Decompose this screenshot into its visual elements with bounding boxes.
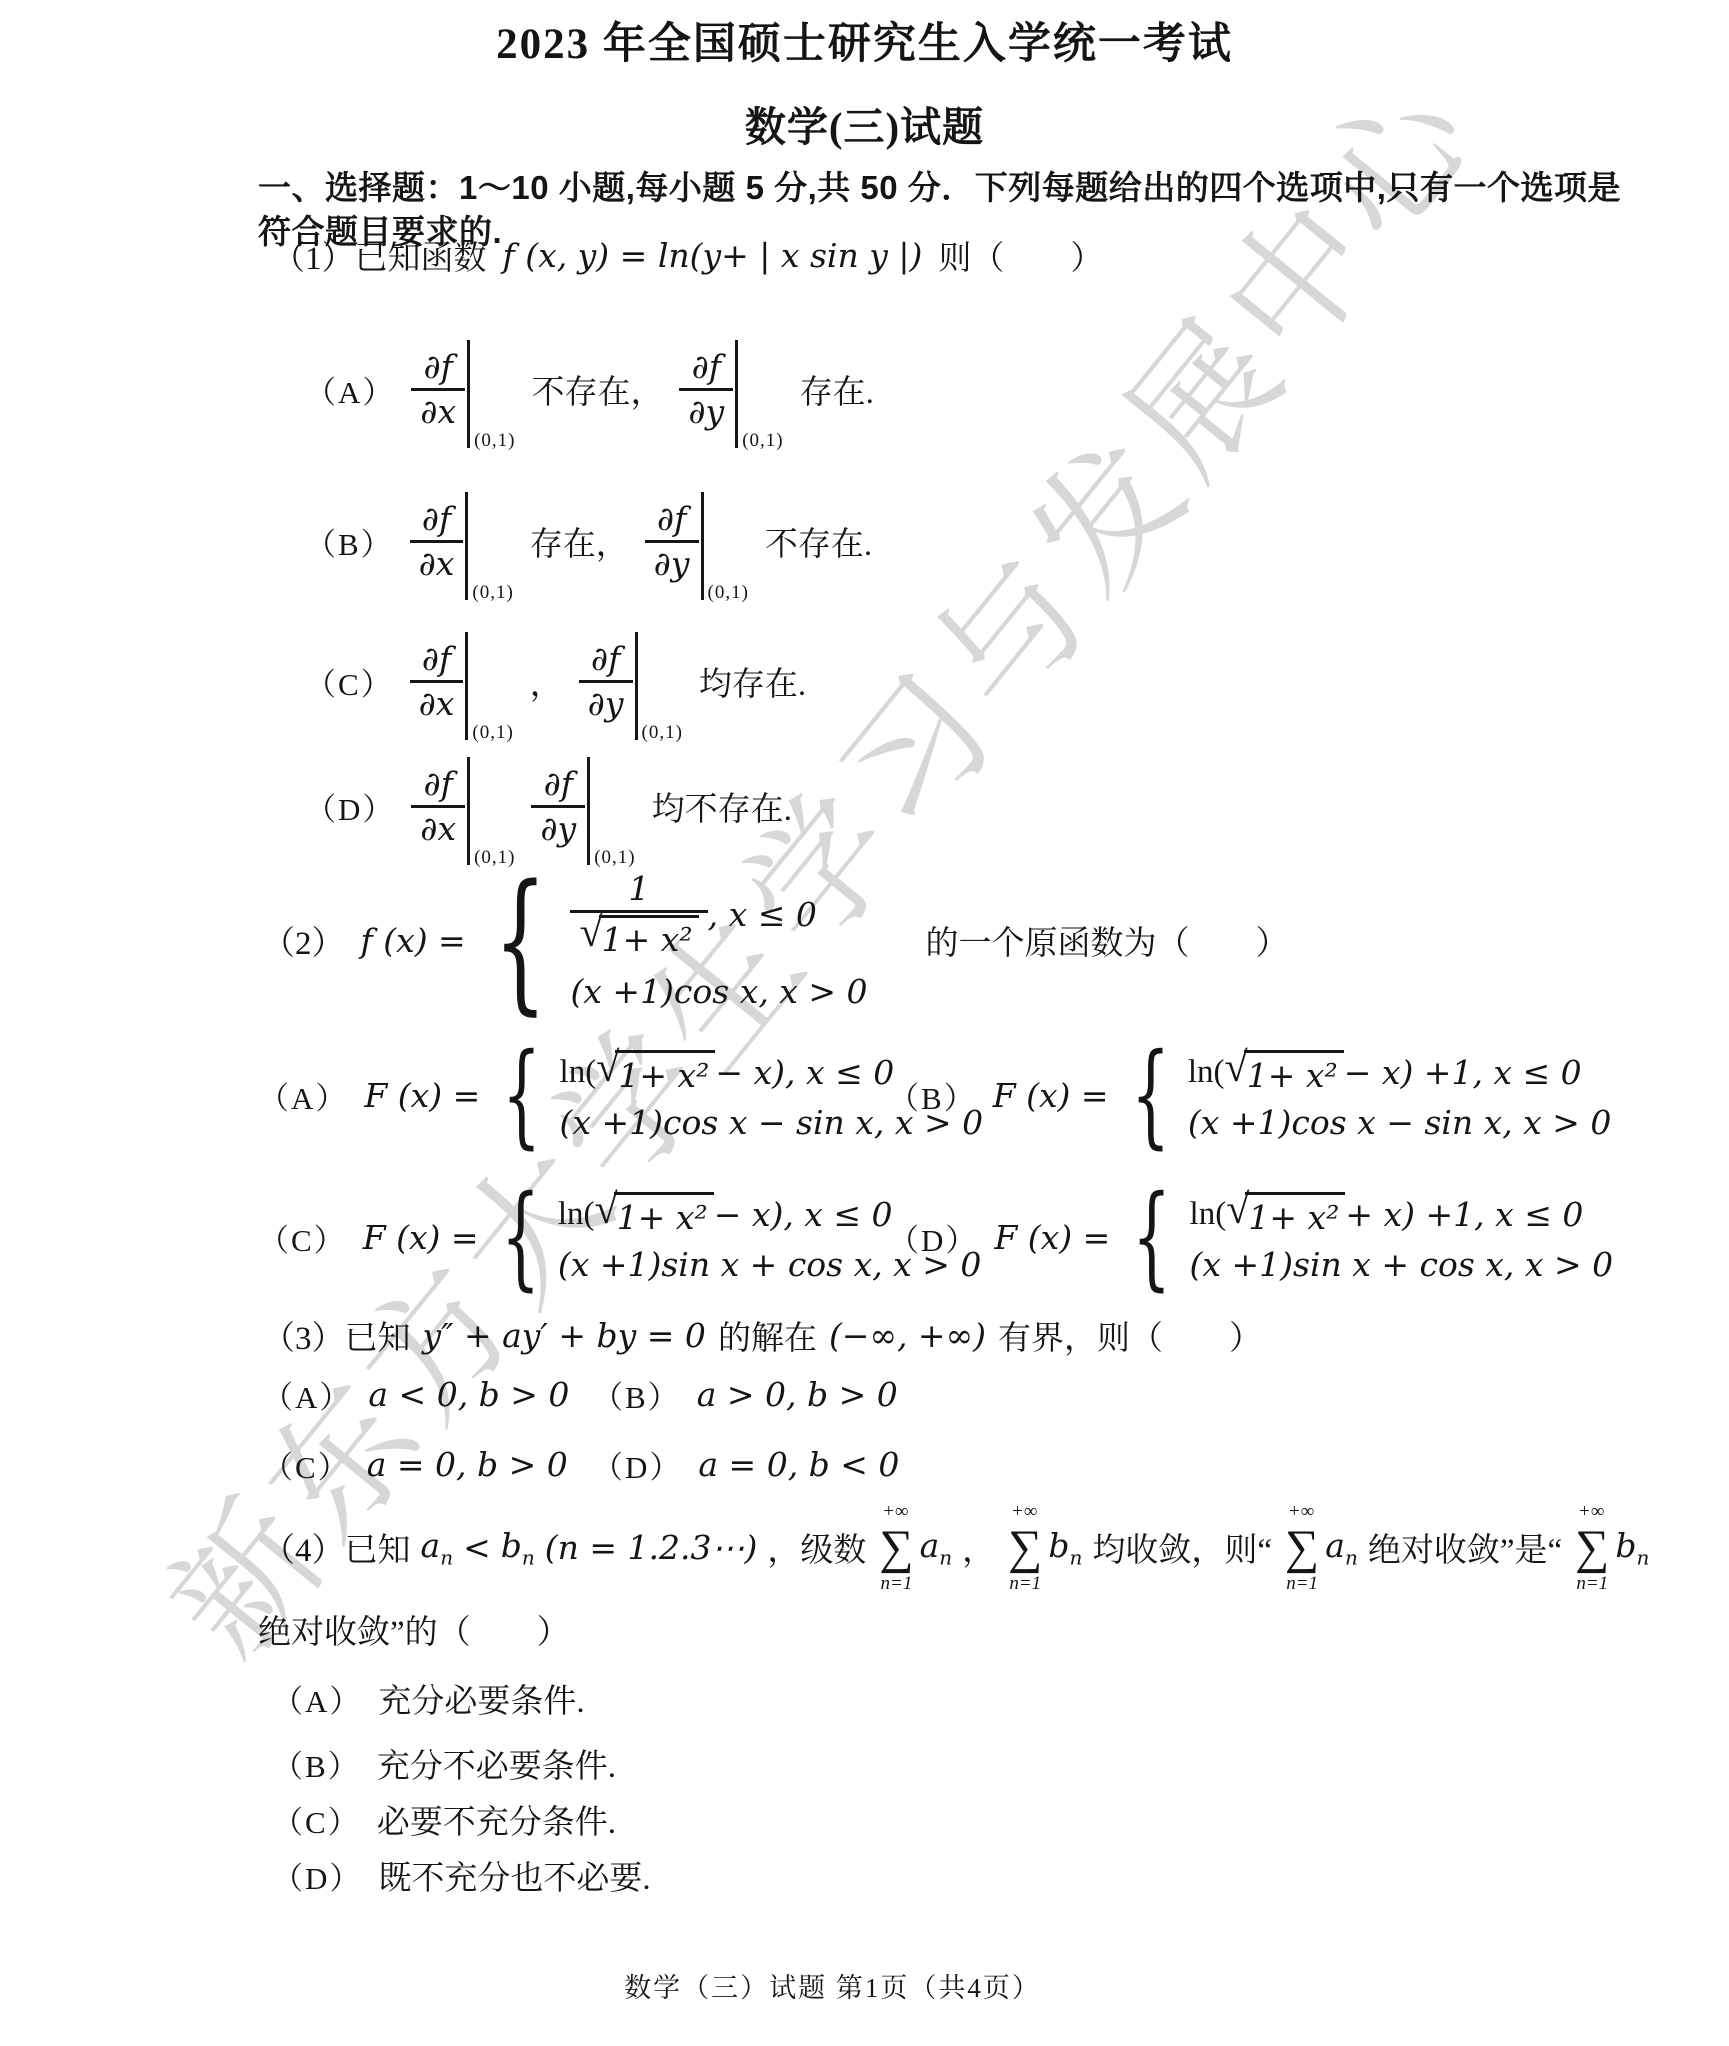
question-2-stem: （2） f (x) = { 1 √1+ x² , x ≤ 0 (x +1)cos… [262,870,1289,1011]
option-label: （D） [272,1853,362,1898]
evaluation-point: (0,1) [472,722,513,744]
q2-question-text: 的一个原函数为（ ） [926,917,1289,964]
evaluation-bar [465,632,468,740]
series-sum-a: +∞∑n=1 an [876,1502,952,1593]
option-label: （D） [592,1442,682,1487]
evaluation-point: (0,1) [742,430,783,452]
square-root: √1+ x² [579,915,698,960]
piecewise-cases: 1 √1+ x² , x ≤ 0 (x +1)cos x, x > 0 [570,870,867,1011]
partial-derivative-x: ∂f∂x (0,1) [410,640,514,724]
option-label: （A） [272,1676,362,1721]
option-text: ， [530,658,563,705]
evaluation-bar [467,340,470,448]
q1-number: （1）已知函数 [272,232,487,279]
q2-number: （2） [262,917,345,964]
option-label: （B） [888,1073,977,1118]
square-root: √1+ x² [1225,1050,1344,1095]
q1-blank: 则（ ） [938,232,1103,279]
evaluation-point: (0,1) [642,722,683,744]
q3-option-d: （D） a = 0, b < 0 [592,1442,899,1487]
q4-option-d: （D） 既不充分也不必要. [272,1852,651,1899]
partial-derivative-x: ∂f∂x (0,1) [411,348,515,432]
evaluation-bar [467,757,470,865]
piecewise-cases: ln( √1+ x² − x) +1, x ≤ 0 (x +1)cos x − … [1188,1050,1612,1142]
option-text: a > 0, b > 0 [697,1375,898,1414]
question-4-stem: （4）已知 an < bn (n = 1.2.3⋯) ，级数 +∞∑n=1 an… [262,1502,1649,1593]
question-1-stem: （1）已知函数 f (x, y) = ln(y+ | x sin y |) 则（… [272,232,1103,279]
piecewise-brace: { [1131,1048,1170,1143]
option-label: （C） [258,1215,347,1260]
q4-option-c: （C） 必要不充分条件. [272,1796,616,1843]
option-text: 均存在. [699,658,806,705]
partial-derivative-x: ∂f∂x (0,1) [411,765,515,849]
piecewise-brace: { [1132,1190,1171,1285]
option-label: （A） [258,1073,348,1118]
option-label: （B） [272,1741,361,1786]
option-text: 充分必要条件. [378,1675,584,1722]
option-label: （B） [592,1372,681,1417]
q2-option-d: （D） F (x) = { ln( √1+ x² + x) +1, x ≤ 0 … [888,1190,1613,1285]
exam-page: 新东方大学生学习与发展中心 2023 年全国硕士研究生入学统一考试 数学(三)试… [0,0,1729,2046]
option-label: （D） [888,1215,978,1260]
option-label: （C） [305,659,394,704]
q1-option-b: （B） ∂f∂x (0,1) 存在， ∂f∂y (0,1) 不存在. [305,500,872,584]
q2-option-b: （B） F (x) = { ln( √1+ x² − x) +1, x ≤ 0 … [888,1048,1611,1143]
option-text: 存在. [800,366,874,413]
evaluation-bar [701,492,704,600]
q1-option-d: （D） ∂f∂x (0,1) ∂f∂y (0,1) 均不存在. [305,765,792,849]
series-sum-a: +∞∑n=1 an [1282,1502,1358,1593]
option-label: （C） [262,1442,351,1487]
q1-formula: f (x, y) = ln(y+ | x sin y |) [503,236,923,275]
q2-option-c: （C） F (x) = { ln( √1+ x² − x), x ≤ 0 (x … [258,1190,981,1285]
piecewise-brace: { [493,876,546,1005]
option-text: 必要不充分条件. [377,1796,616,1843]
evaluation-point: (0,1) [594,847,635,869]
partial-derivative-y: ∂f∂y (0,1) [679,348,783,432]
question-3-stem: （3）已知 y″ + ay′ + by = 0 的解在 (−∞, +∞) 有界，… [262,1312,1262,1359]
evaluation-point: (0,1) [474,430,515,452]
option-label: （A） [262,1372,352,1417]
partial-derivative-y: ∂f∂y (0,1) [645,500,749,584]
term-b-n: bn [501,1526,535,1570]
q4-option-a: （A） 充分必要条件. [272,1675,585,1722]
evaluation-bar [735,340,738,448]
option-text: 既不充分也不必要. [378,1852,650,1899]
piecewise-brace: { [501,1190,540,1285]
q1-option-c: （C） ∂f∂x (0,1) ， ∂f∂y (0,1) 均存在. [305,640,806,724]
series-sum-b: +∞∑n=1 bn [1005,1502,1082,1593]
q3-option-a: （A） a < 0, b > 0 [262,1372,569,1417]
exam-title-line1: 2023 年全国硕士研究生入学统一考试 [0,10,1729,71]
square-root: √1+ x² [1226,1192,1345,1237]
evaluation-bar [635,632,638,740]
q4-option-b: （B） 充分不必要条件. [272,1740,616,1787]
option-label: （B） [305,519,394,564]
evaluation-bar [465,492,468,600]
section-heading-line1: 一、选择题：1～10 小题,每小题 5 分,共 50 分．下列每题给出的四个选项… [258,162,1621,209]
option-text: 不存在， [531,366,663,413]
q3-interval: (−∞, +∞) [829,1316,986,1355]
term-a-n: an [421,1526,454,1570]
option-text: 不存在. [765,518,872,565]
option-text: a < 0, b > 0 [368,1375,569,1414]
piecewise-brace: { [502,1048,541,1143]
evaluation-point: (0,1) [708,582,749,604]
q1-option-a: （A） ∂f∂x (0,1) 不存在， ∂f∂y (0,1) 存在. [305,348,874,432]
q4-number: （4）已知 [262,1524,411,1571]
q2-option-a: （A） F (x) = { ln( √1+ x² − x), x ≤ 0 (x … [258,1048,983,1143]
option-text: 均不存在. [652,783,792,830]
partial-derivative-y: ∂f∂y (0,1) [579,640,683,724]
piecewise-cases: ln( √1+ x² + x) +1, x ≤ 0 (x +1)sin x + … [1190,1192,1614,1284]
q3-number: （3）已知 [262,1312,411,1359]
option-label: （D） [305,784,395,829]
option-label: （C） [272,1797,361,1842]
evaluation-point: (0,1) [472,582,513,604]
q2-function: f (x) = [361,921,466,960]
option-text: a = 0, b > 0 [367,1445,568,1484]
evaluation-bar [587,757,590,865]
partial-derivative-y: ∂f∂y (0,1) [531,765,635,849]
q3-option-b: （B） a > 0, b > 0 [592,1372,898,1417]
q3-equation: y″ + ay′ + by = 0 [423,1316,706,1355]
option-text: 存在， [530,518,629,565]
option-text: 充分不必要条件. [377,1740,616,1787]
series-sum-b: +∞∑n=1 bn [1572,1502,1649,1593]
exam-title-line2: 数学(三)试题 [0,94,1729,153]
page-footer: 数学（三）试题 第1页（共4页） [0,1966,1697,2005]
question-4-stem-line2: 绝对收敛”的（ ） [258,1606,570,1653]
square-root: √1+ x² [596,1050,715,1095]
option-text: a = 0, b < 0 [698,1445,899,1484]
q3-option-c: （C） a = 0, b > 0 [262,1442,568,1487]
partial-derivative-x: ∂f∂x (0,1) [410,500,514,584]
option-label: （A） [305,367,395,412]
square-root: √1+ x² [595,1192,714,1237]
